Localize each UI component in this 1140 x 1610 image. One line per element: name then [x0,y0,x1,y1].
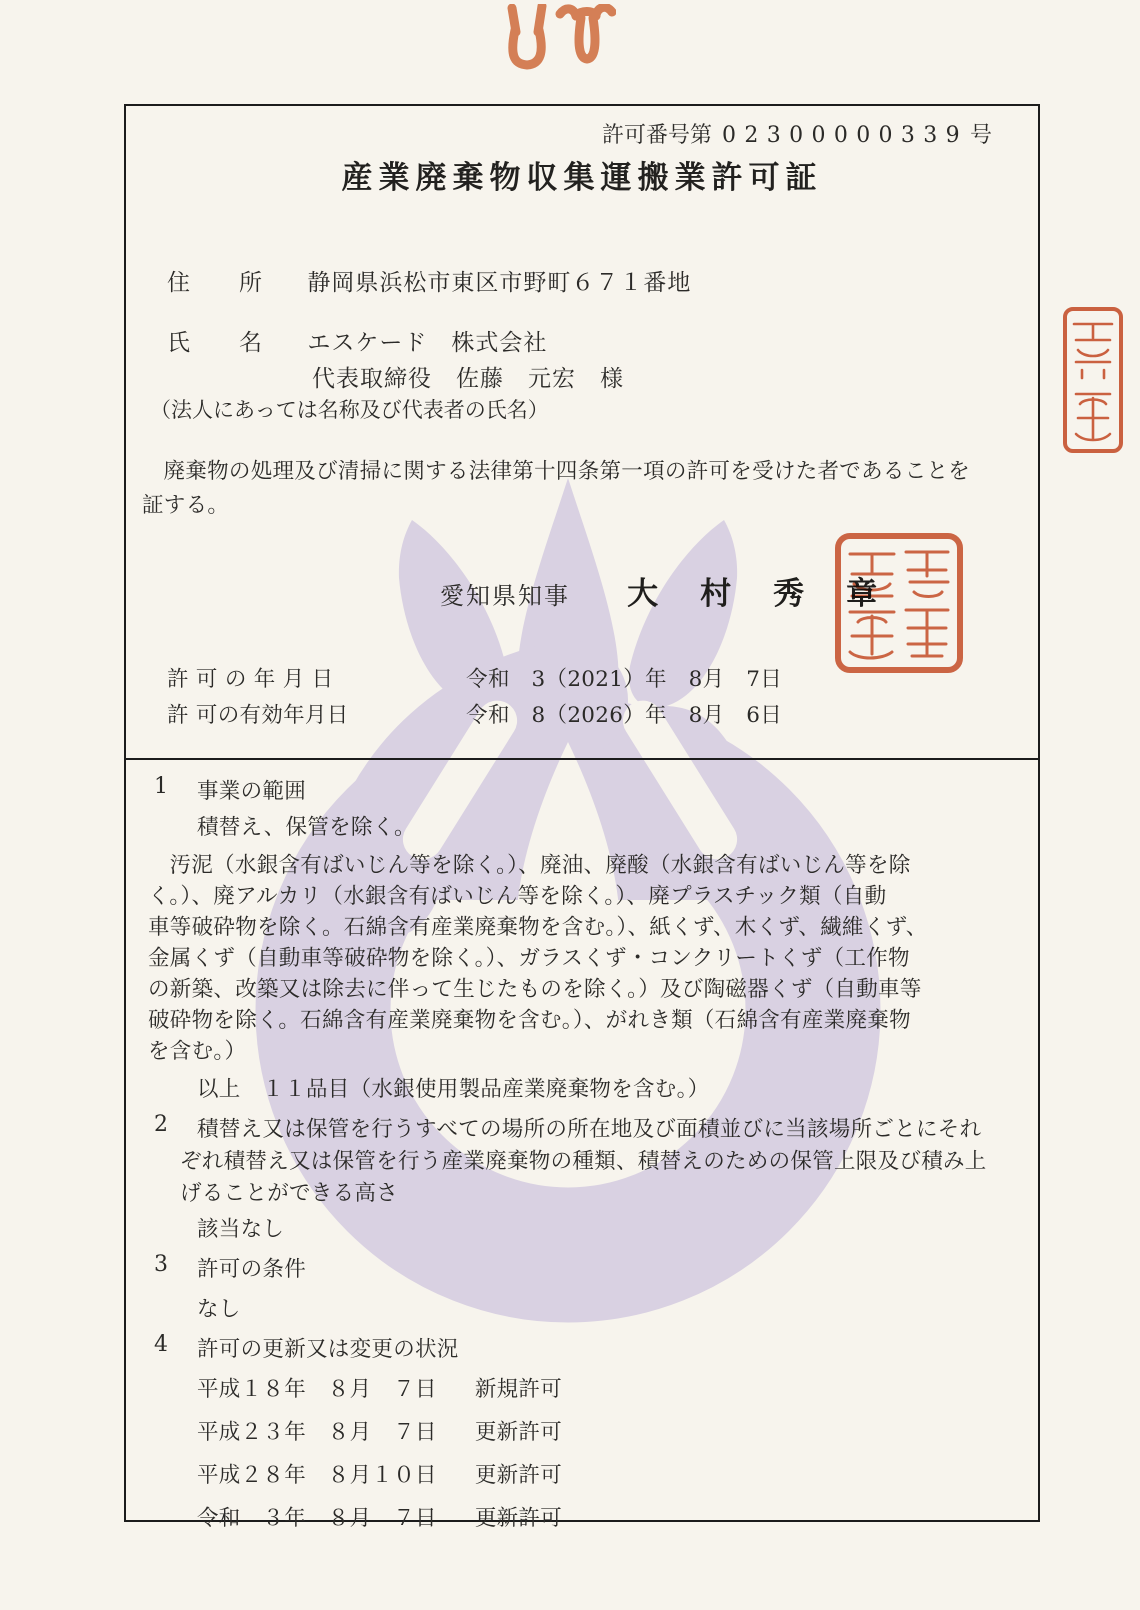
company-name: エスケード 株式会社 [307,330,547,356]
history-date: 平成２８年 ８月１０日 [197,1458,437,1489]
history-row: 令和 ３年 ８月 ７日 更新許可 [197,1501,562,1532]
history-date: 平成１８年 ８月 ７日 [197,1372,437,1403]
issuer-title: 愛知県知事 [440,582,570,610]
section3-heading: 許可の条件 [197,1252,306,1283]
history-date: 令和 ３年 ８月 ７日 [197,1501,437,1532]
permit-date-label: 許 可 の 年 月 日 [167,662,459,693]
permit-number-digits: 02300000339 [722,123,968,148]
certification-line-1: 廃棄物の処理及び清掃に関する法律第十四条第一項の許可を受けた者であることを [142,454,970,485]
scanned-permit-page: 許可番号第02300000339号 産業廃棄物収集運搬業許可証 住 所 静岡県浜… [0,0,1140,1610]
permit-date-value: 令和 3（2021）年 8月 7日 [466,667,782,692]
margin-registry-seal-stamp [1062,306,1124,454]
history-action: 更新許可 [475,1458,562,1489]
body-line: 汚泥（水銀含有ばいじん等を除く。）、廃油、廃酸（水銀含有ばいじん等を除 [148,848,928,879]
section3-number: 3 [154,1252,168,1277]
history-action: 更新許可 [475,1415,562,1446]
body-line: 車等破砕物を除く。石綿含有産業廃棄物を含む。）、紙くず、木くず、繊維くず、 [148,910,928,941]
history-action: 新規許可 [475,1372,562,1403]
section2-heading-line: 積替え又は保管を行うすべての場所の所在地及び面積並びに当該場所ごとにそれ [197,1112,981,1143]
permit-number-line: 許可番号第02300000339号 [602,118,992,149]
section4-heading: 許可の更新又は変更の状況 [197,1332,459,1363]
representative-line: 代表取締役 佐藤 元宏 様 [312,360,624,393]
section1-summary: 以上 １１品目（水銀使用製品産業廃棄物を含む。） [197,1072,709,1103]
permit-number-prefix: 許可番号第 [602,123,712,148]
body-line: く。）、廃アルカリ（水銀含有ばいじん等を除く。）、廃プラスチック類（自動 [148,879,928,910]
history-row: 平成２３年 ８月 ７日 更新許可 [197,1415,562,1446]
history-row: 平成１８年 ８月 ７日 新規許可 [197,1372,562,1403]
section2-heading-line: げることができる高さ [180,1176,398,1207]
body-line: 破砕物を除く。石綿含有産業廃棄物を含む。）、がれき類（石綿含有産業廃棄物 [148,1003,928,1034]
history-date: 平成２３年 ８月 ７日 [197,1415,437,1446]
section1-body: 汚泥（水銀含有ばいじん等を除く。）、廃油、廃酸（水銀含有ばいじん等を除 く。）、… [148,848,928,1065]
body-line: 金属くず（自動車等破砕物を除く。）、ガラスくず・コンクリートくず（工作物 [148,941,928,972]
section2-number: 2 [154,1112,168,1137]
address-label: 住 所 [167,270,263,296]
expiry-date-value: 令和 8（2026）年 8月 6日 [466,703,782,728]
section2-heading-line: ぞれ積替え又は保管を行う産業廃棄物の種類、積替えのための保管上限及び積み上 [180,1144,987,1175]
section1-heading: 事業の範囲 [197,774,306,805]
history-row: 平成２８年 ８月１０日 更新許可 [197,1458,562,1489]
history-action: 更新許可 [475,1501,562,1532]
section4-number: 4 [154,1332,168,1357]
name-row: 氏 名 エスケード 株式会社 [167,324,547,357]
section2-answer: 該当なし [197,1212,284,1243]
document-title: 産業廃棄物収集運搬業許可証 [126,152,1038,197]
section1-scope: 積替え、保管を除く。 [197,810,416,841]
permit-number-suffix: 号 [970,123,992,148]
address-value: 静岡県浜松市東区市野町６７１番地 [307,270,691,296]
expiry-date-row: 許 可の有効年月日 令和 8（2026）年 8月 6日 [167,698,782,729]
registration-stamp-fragment-icon [498,4,616,74]
section3-answer: なし [197,1292,241,1323]
body-line: の新築、改築又は除去に伴って生じたものを除く。）及び陶磁器くず（自動車等 [148,972,928,1003]
address-row: 住 所 静岡県浜松市東区市野町６７１番地 [167,264,691,297]
corporate-note: （法人にあっては名称及び代表者の氏名） [150,394,549,424]
section1-number: 1 [154,774,168,799]
permit-date-row: 許 可 の 年 月 日 令和 3（2021）年 8月 7日 [167,662,782,693]
governor-seal-stamp [834,532,964,674]
permit-document-frame: 許可番号第02300000339号 産業廃棄物収集運搬業許可証 住 所 静岡県浜… [124,104,1040,1522]
body-line: を含む。） [148,1034,928,1065]
certification-line-2: 証する。 [142,488,229,519]
section-divider [124,758,1038,760]
name-label: 氏 名 [167,330,263,356]
expiry-date-label: 許 可の有効年月日 [167,698,459,729]
